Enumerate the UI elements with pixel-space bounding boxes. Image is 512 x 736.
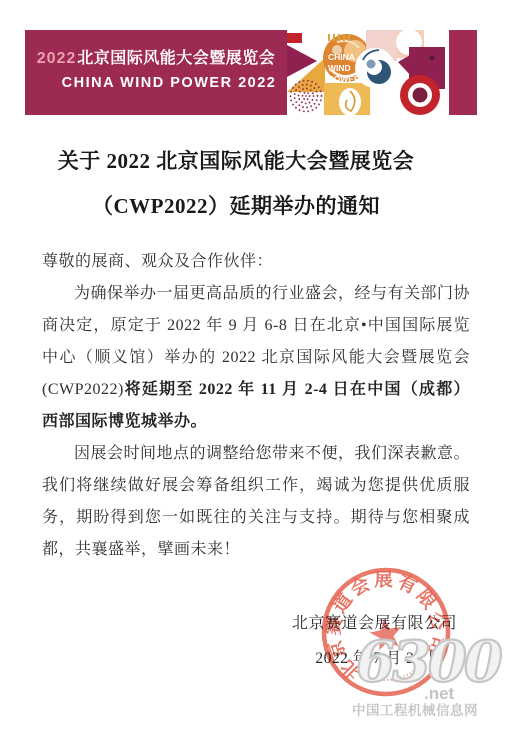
red-rect — [287, 33, 302, 43]
red-donut — [400, 75, 440, 115]
banner-artwork-collage: CHINA WIND POWER — [287, 30, 490, 115]
paragraph-1: 为确保举办一届更高品质的行业盛会，经与有关部门协商决定，原定于 2022 年 9… — [42, 278, 470, 438]
greeting-line: 尊敬的展商、观众及合作伙伴： — [42, 246, 470, 278]
notice-body: 尊敬的展商、观众及合作伙伴： 为确保举办一届更高品质的行业盛会，经与有关部门协商… — [42, 246, 470, 566]
seal-star — [368, 615, 405, 651]
notice-title-line2: （CWP2022）延期举办的通知 — [42, 184, 430, 229]
banner-artwork: CHINA WIND POWER — [287, 30, 490, 115]
notice-document-page: 2022北京国际风能大会暨展览会 CHINA WIND POWER 2022 — [0, 0, 512, 736]
banner-title-english: CHINA WIND POWER 2022 — [25, 73, 287, 93]
event-banner: 2022北京国际风能大会暨展览会 CHINA WIND POWER 2022 — [25, 30, 490, 115]
square-dot — [430, 56, 435, 61]
notice-title: 关于 2022 北京国际风能大会暨展览会 （CWP2022）延期举办的通知 — [42, 139, 470, 229]
banner-title-chinese: 2022北京国际风能大会暨展览会 — [25, 49, 287, 69]
banner-title-zh-text: 北京国际风能大会暨展览会 — [77, 50, 275, 67]
tall-crimson-rect — [449, 30, 477, 115]
banner-title-block: 2022北京国际风能大会暨展览会 CHINA WIND POWER 2022 — [25, 30, 287, 115]
notice-title-line1: 关于 2022 北京国际风能大会暨展览会 — [42, 139, 430, 184]
seal-number-arc — [374, 671, 415, 682]
logo-line-china: CHINA — [328, 52, 355, 62]
blue-swirl-circle — [355, 48, 395, 88]
paragraph-2: 因展会时间地点的调整给您带来不便，我们深表歉意。我们将继续做好展会筹备组织工作，… — [42, 438, 470, 566]
company-seal: 北京赛道会展有限公司 — [315, 561, 457, 703]
logo-line-wind: WIND — [328, 63, 351, 73]
banner-year: 2022 — [37, 50, 77, 67]
logo-line-power: POWER — [328, 74, 360, 84]
